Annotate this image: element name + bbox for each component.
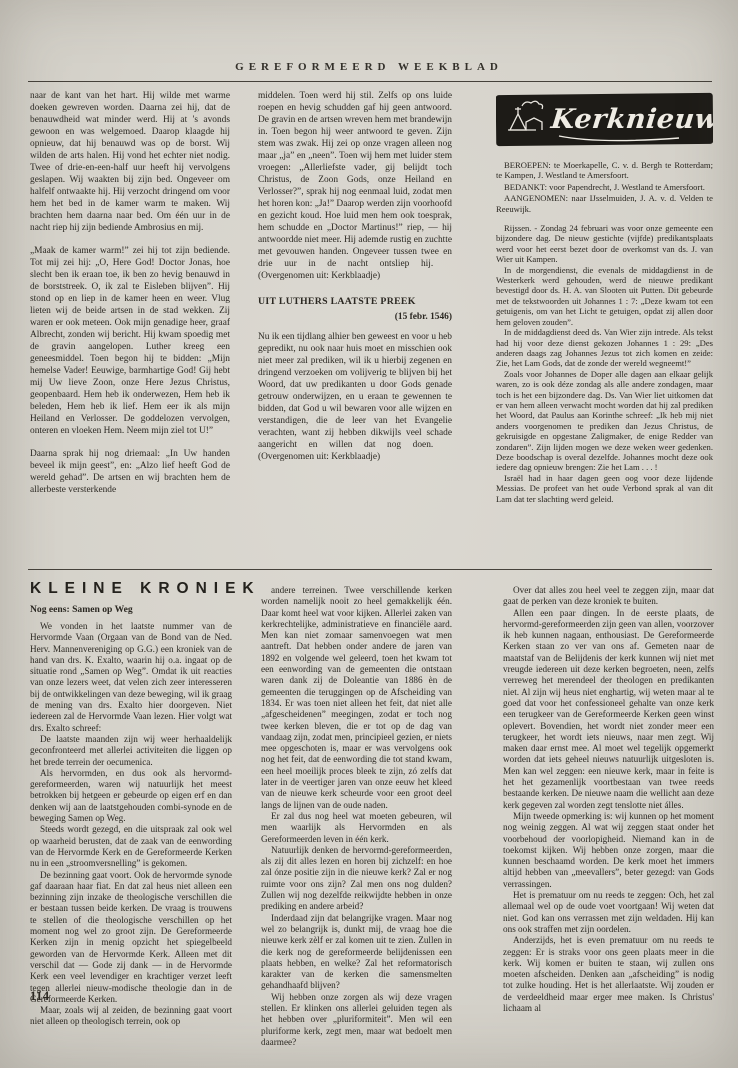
kerknieuws-section: Kerknieuws BEROEPEN: te Moerkapelle, C. … — [496, 92, 713, 504]
paragraph: middelen. Toen werd hij stil. Zelfs op o… — [258, 90, 452, 282]
paragraph: Rijssen. - Zondag 24 februari was voor o… — [496, 223, 713, 265]
paragraph: BEDANKT: voor Papendrecht, J. Westland t… — [496, 182, 713, 192]
paragraph: Wij hebben onze zorgen als wij deze vrag… — [261, 992, 452, 1048]
paragraph: Steeds wordt gezegd, en die uitspraak za… — [30, 824, 232, 869]
masthead-title: GEREFORMEERD WEEKBLAD — [0, 61, 738, 73]
paragraph: Mijn tweede opmerking is: wij kunnen op … — [503, 811, 714, 890]
sermon-date: (15 febr. 1546) — [258, 311, 452, 323]
paragraph: We vonden in het laatste nummer van de H… — [30, 621, 232, 734]
kroniek-column-3: Over dat alles zou heel veel te zeggen z… — [503, 585, 714, 1014]
paragraph: Israël had in haar dagen geen oog voor d… — [496, 473, 713, 504]
luther-article-column-2: middelen. Toen werd hij stil. Zelfs op o… — [258, 90, 452, 474]
kroniek-subheading: Nog eens: Samen op Weg — [30, 604, 232, 615]
kerknieuws-notices: BEROEPEN: te Moerkapelle, C. v. d. Bergh… — [496, 160, 713, 214]
kerknieuws-banner: Kerknieuws — [496, 92, 713, 148]
paragraph: BEROEPEN: te Moerkapelle, C. v. d. Bergh… — [496, 160, 713, 181]
paragraph: Daarna sprak hij nog driemaal: „In Uw ha… — [30, 448, 230, 496]
paragraph: In de morgendienst, die evenals de midda… — [496, 265, 713, 327]
paragraph: In de middagdienst deed ds. Van Wier zij… — [496, 327, 713, 369]
section-divider-rule — [28, 569, 712, 570]
luther-article-column-1: naar de kant van het hart. Hij wilde met… — [30, 90, 230, 507]
paragraph: Het is prematuur om nu reeds te zeggen: … — [503, 890, 714, 935]
paragraph: „Maak de kamer warm!” zei hij tot zijn b… — [30, 245, 230, 437]
paragraph: Natuurlijk denken de hervormd-gereformee… — [261, 845, 452, 913]
paragraph: Als hervormden, en dus ook als hervormd-… — [30, 768, 232, 824]
paragraph: De laatste maanden zijn wij weer herhaal… — [30, 734, 232, 768]
paragraph: andere terreinen. Twee verschillende ker… — [261, 585, 452, 811]
page-number: 114 — [30, 989, 50, 1004]
paragraph: Anderzijds, het is even prematuur om nu … — [503, 935, 714, 1014]
masthead-rule — [28, 81, 712, 82]
kerknieuws-banner-art: Kerknieuws — [496, 92, 713, 148]
kerknieuws-report: Rijssen. - Zondag 24 februari was voor o… — [496, 223, 713, 504]
kroniek-heading: KLEINE KRONIEK — [30, 580, 240, 598]
paragraph: Er zal dus nog heel wat moeten gebeuren,… — [261, 811, 452, 845]
paragraph: Inderdaad zijn dat belangrijke vragen. M… — [261, 913, 452, 992]
paragraph: Allen een paar dingen. In de eerste plaa… — [503, 608, 714, 811]
paragraph: Zoals voor Johannes de Doper alle dagen … — [496, 369, 713, 473]
sermon-heading: UIT LUTHERS LAATSTE PREEK — [258, 296, 452, 308]
sermon-body: Nu ik een tijdlang alhier ben geweest en… — [258, 331, 452, 463]
paragraph: naar de kant van het hart. Hij wilde met… — [30, 90, 230, 234]
paragraph: AANGENOMEN: naar IJsselmuiden, J. A. v. … — [496, 193, 713, 214]
kerknieuws-logo-text: Kerknieuws — [548, 104, 713, 135]
paragraph: Maar, zoals wij al zeiden, de bezinning … — [30, 1005, 232, 1028]
kroniek-column-2: andere terreinen. Twee verschillende ker… — [261, 585, 452, 1048]
paragraph: Over dat alles zou heel veel te zeggen z… — [503, 585, 714, 608]
luther-article-column-2-text: middelen. Toen werd hij stil. Zelfs op o… — [258, 90, 452, 282]
kroniek-column-1: We vonden in het laatste nummer van de H… — [30, 621, 232, 1028]
paragraph: Nu ik een tijdlang alhier ben geweest en… — [258, 331, 452, 463]
paragraph: De bezinning gaat voort. Ook de hervormd… — [30, 870, 232, 1006]
